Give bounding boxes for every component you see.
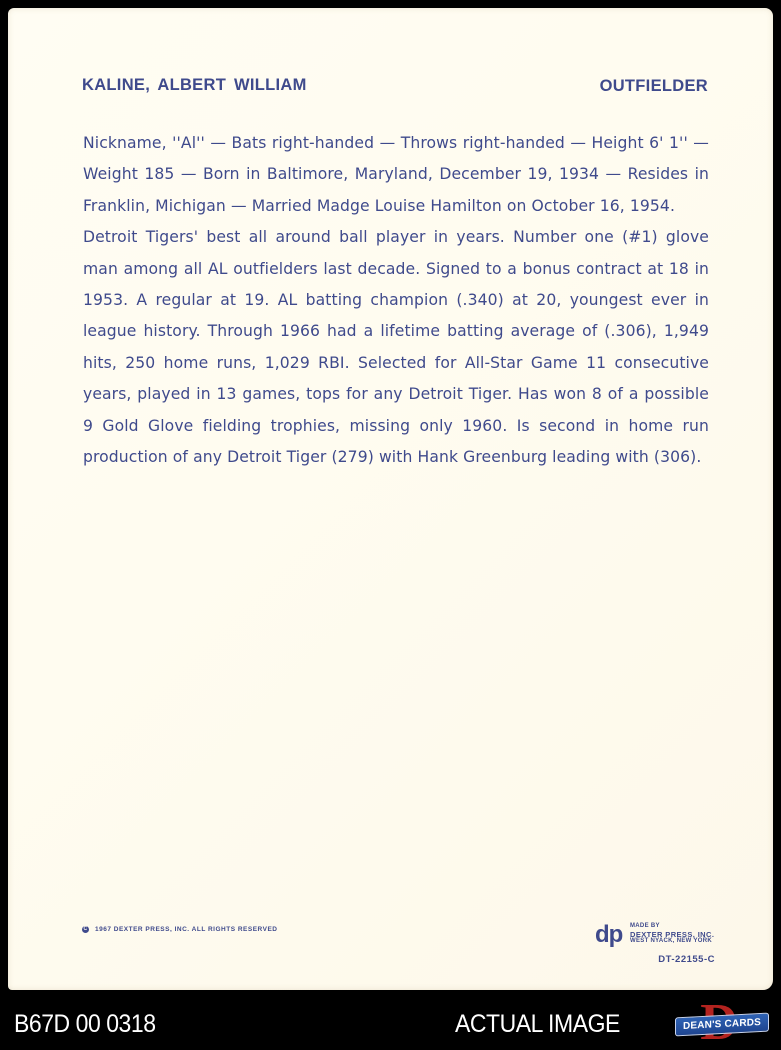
- card-back: KALINE, ALBERT WILLIAM OUTFIELDER Nickna…: [8, 8, 773, 990]
- cert-number: B67D 00 0318: [14, 1010, 156, 1039]
- player-name: KALINE, ALBERT WILLIAM: [82, 76, 307, 95]
- copyright-icon: C: [82, 926, 89, 933]
- actual-image-label: ACTUAL IMAGE: [455, 1010, 620, 1039]
- dexter-press-logo: dp: [595, 923, 622, 947]
- bio-personal-info: Nickname, ''Al'' — Bats right-handed — T…: [83, 128, 709, 222]
- player-bio: Nickname, ''Al'' — Bats right-handed — T…: [83, 128, 709, 473]
- maker-company: DEXTER PRESS, INC.: [630, 931, 714, 939]
- deans-banner: DEAN'S CARDS: [675, 1013, 769, 1037]
- player-position: OUTFIELDER: [600, 77, 708, 96]
- bio-career-summary: Detroit Tigers' best all around ball pla…: [83, 222, 709, 473]
- maker-location: WEST NYACK, NEW YORK: [630, 938, 714, 946]
- deans-cards-logo[interactable]: D DEAN'S CARDS: [675, 1000, 771, 1048]
- card-code: DT-22155-C: [658, 954, 715, 965]
- copyright-text: 1967 DEXTER PRESS, INC. ALL RIGHTS RESER…: [95, 926, 277, 933]
- footer-bar: B67D 00 0318 ACTUAL IMAGE D DEAN'S CARDS: [0, 998, 781, 1050]
- copyright-line: C 1967 DEXTER PRESS, INC. ALL RIGHTS RES…: [82, 926, 277, 933]
- maker-text: MADE BY DEXTER PRESS, INC. WEST NYACK, N…: [630, 923, 714, 946]
- maker-block: dp MADE BY DEXTER PRESS, INC. WEST NYACK…: [595, 920, 715, 970]
